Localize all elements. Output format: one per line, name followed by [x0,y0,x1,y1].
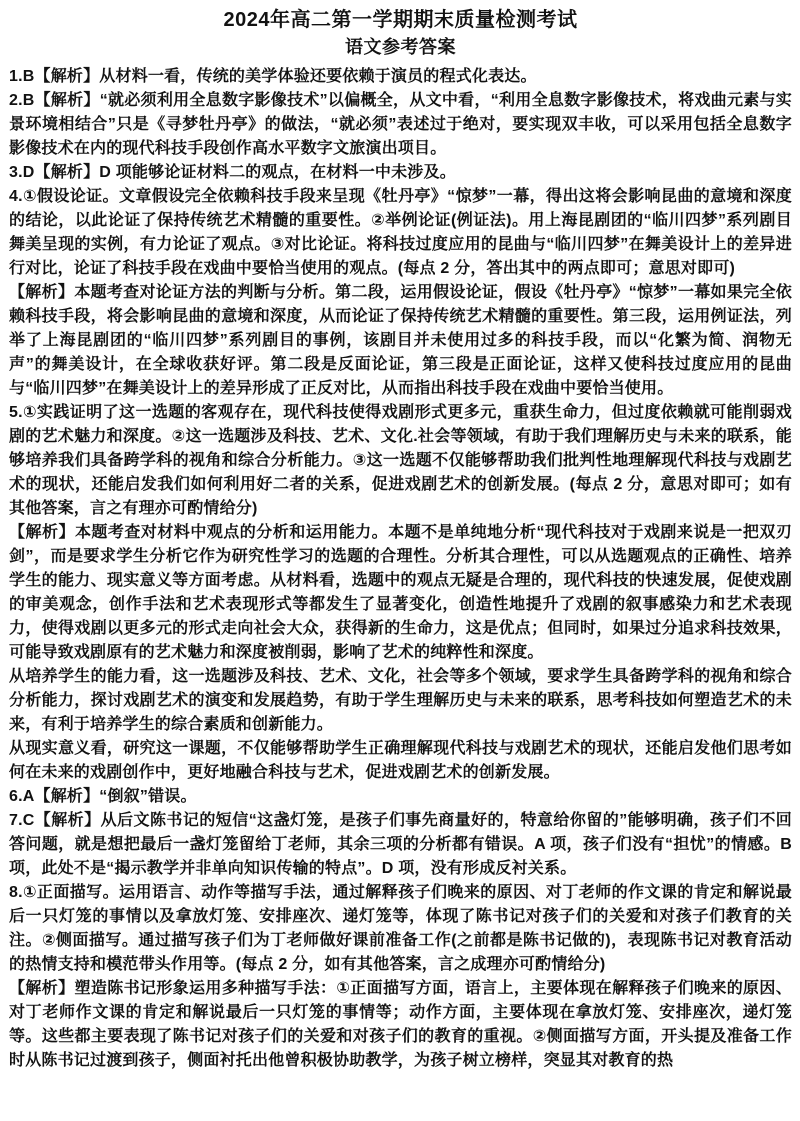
answer-paragraph-q5-analysis: 【解析】本题考查对材料中观点的分析和运用能力。本题不是单纯地分析“现代科技对于戏… [9,521,792,665]
answer-paragraph-q8: 8.①正面描写。运用语言、动作等描写手法，通过解释孩子们晚来的原因、对丁老师的作… [9,881,792,977]
document-title: 2024年高二第一学期期末质量检测考试 [9,7,792,33]
document-page: 2024年高二第一学期期末质量检测考试 语文参考答案 1.B【解析】从材料一看，… [0,0,800,1121]
answer-paragraph-q1: 1.B【解析】从材料一看，传统的美学体验还要依赖于演员的程式化表达。 [9,65,792,89]
answer-key-body: 1.B【解析】从材料一看，传统的美学体验还要依赖于演员的程式化表达。 2.B【解… [9,65,792,1073]
answer-paragraph-q4: 4.①假设论证。文章假设完全依赖科技手段来呈现《牡丹亭》“惊梦”一幕，得出这将会… [9,185,792,281]
answer-paragraph-q3: 3.D【解析】D 项能够论证材料二的观点，在材料一中未涉及。 [9,161,792,185]
answer-paragraph-q5-analysis-significance: 从现实意义看，研究这一课题，不仅能够帮助学生正确理解现代科技与戏剧艺术的现状，还… [9,737,792,785]
answer-paragraph-q6: 6.A【解析】“倒叙”错误。 [9,785,792,809]
document-subtitle: 语文参考答案 [9,35,792,60]
answer-paragraph-q7: 7.C【解析】从后文陈书记的短信“这盏灯笼，是孩子们事先商量好的，特意给你留的”… [9,809,792,881]
answer-paragraph-q8-analysis: 【解析】塑造陈书记形象运用多种描写手法：①正面描写方面，语言上，主要体现在解释孩… [9,977,792,1073]
answer-paragraph-q5: 5.①实践证明了这一选题的客观存在，现代科技使得戏剧形式更多元，重获生命力，但过… [9,401,792,521]
answer-paragraph-q5-analysis-ability: 从培养学生的能力看，这一选题涉及科技、艺术、文化，社会等多个领域，要求学生具备跨… [9,665,792,737]
answer-paragraph-q4-analysis: 【解析】本题考查对论证方法的判断与分析。第二段，运用假设论证，假设《牡丹亭》“惊… [9,281,792,401]
answer-paragraph-q2: 2.B【解析】“就必须利用全息数字影像技术”以偏概全，从文中看，“利用全息数字影… [9,89,792,161]
